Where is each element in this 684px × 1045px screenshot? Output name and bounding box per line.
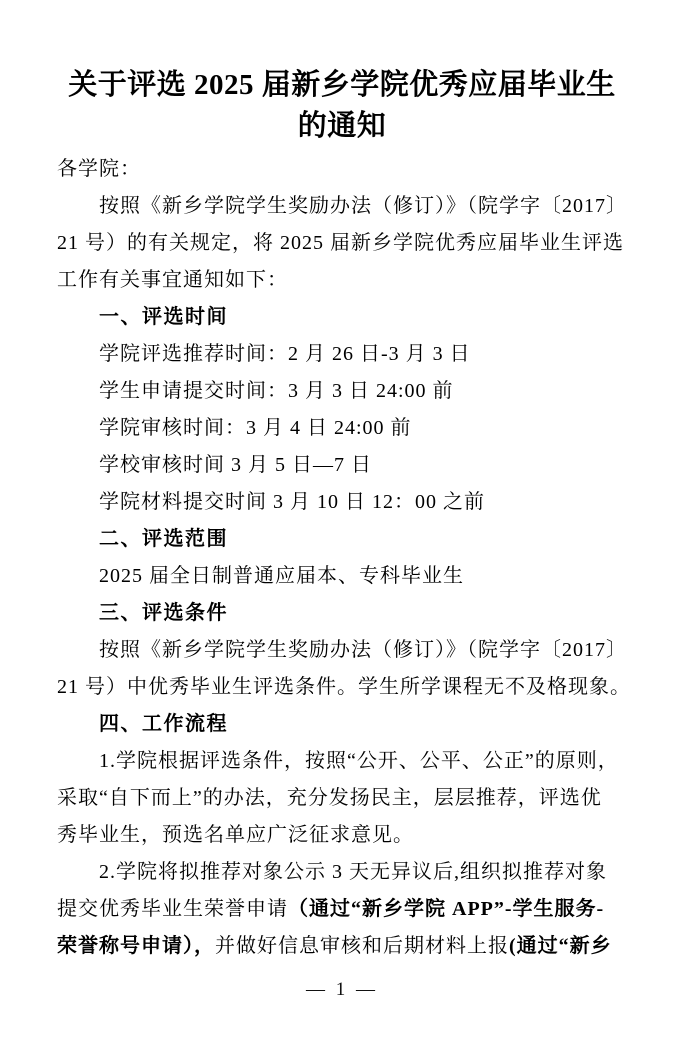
body-text: 2.学院将拟推荐对象公示 3 天无异议后,组织拟推荐对象 [99,861,607,883]
page-number: — 1 — [0,979,684,1001]
body-line: 学校审核时间 3 月 5 日—7 日 [57,447,630,484]
body-line: 学院审核时间：3 月 4 日 24:00 前 [57,410,630,447]
title-line-1: 关于评选 2025 届新乡学院优秀应届毕业生 [0,65,684,106]
body-line: 学院评选推荐时间：2 月 26 日-3 月 3 日 [57,336,630,373]
body-line: 按照《新乡学院学生奖励办法（修订）》（院学字〔2017〕 [57,188,630,225]
body-line: 工作有关事宜通知如下： [57,262,630,299]
body-text: 各学院： [57,158,141,180]
heading-text: 三、评选条件 [99,602,228,624]
body-text: 按照《新乡学院学生奖励办法（修订）》（院学字〔2017〕 [99,639,627,661]
body-text: 提交优秀毕业生荣誉申请 [57,898,288,920]
body-text: 21 号）的有关规定，将 2025 届新乡学院优秀应届毕业生评选 [57,232,624,254]
body-text: 并做好信息审核和后期材料上报 [215,935,509,957]
body-line: 1.学院根据评选条件，按照“公开、公平、公正”的原则， [57,743,630,780]
body-text: 学生申请提交时间：3 月 3 日 24:00 前 [99,380,454,402]
body-text: 学院材料提交时间 3 月 10 日 12：00 之前 [99,491,485,513]
body-line: 学生申请提交时间：3 月 3 日 24:00 前 [57,373,630,410]
salutation-line: 各学院： [57,151,630,188]
body-text: 秀毕业生，预选名单应广泛征求意见。 [57,824,414,846]
body-text-bold: (通过“新乡 [509,935,612,957]
body-text: 21 号）中优秀毕业生评选条件。学生所学课程无不及格现象。 [57,676,631,698]
heading-text: 四、工作流程 [99,713,228,735]
body-text: 学院评选推荐时间：2 月 26 日-3 月 3 日 [99,343,471,365]
body-line: 荣誉称号申请），并做好信息审核和后期材料上报(通过“新乡 [57,928,630,965]
section-heading-2: 二、评选范围 [57,521,630,558]
body-text: 按照《新乡学院学生奖励办法（修订）》（院学字〔2017〕 [99,195,627,217]
body-line: 提交优秀毕业生荣誉申请（通过“新乡学院 APP”-学生服务- [57,891,630,928]
document-body: 各学院： 按照《新乡学院学生奖励办法（修订）》（院学字〔2017〕 21 号）的… [0,147,684,965]
body-text-bold: 荣誉称号申请）， [57,935,215,957]
heading-text: 一、评选时间 [99,306,228,328]
body-text: 2025 届全日制普通应届本、专科毕业生 [99,565,464,587]
body-line: 21 号）的有关规定，将 2025 届新乡学院优秀应届毕业生评选 [57,225,630,262]
body-line: 秀毕业生，预选名单应广泛征求意见。 [57,817,630,854]
body-line: 采取“自下而上”的办法，充分发扬民主，层层推荐，评选优 [57,780,630,817]
body-text: 学院审核时间：3 月 4 日 24:00 前 [99,417,412,439]
body-line: 2025 届全日制普通应届本、专科毕业生 [57,558,630,595]
body-line: 2.学院将拟推荐对象公示 3 天无异议后,组织拟推荐对象 [57,854,630,891]
body-text: 学校审核时间 3 月 5 日—7 日 [99,454,372,476]
section-heading-3: 三、评选条件 [57,595,630,632]
heading-text: 二、评选范围 [99,528,228,550]
body-text: 采取“自下而上”的办法，充分发扬民主，层层推荐，评选优 [57,787,602,809]
body-text-bold: （通过“新乡学院 APP”-学生服务- [288,898,604,920]
section-heading-1: 一、评选时间 [57,299,630,336]
body-line: 学院材料提交时间 3 月 10 日 12：00 之前 [57,484,630,521]
document-page: 关于评选 2025 届新乡学院优秀应届毕业生 的通知 各学院： 按照《新乡学院学… [0,0,684,1045]
body-text: 工作有关事宜通知如下： [57,269,288,291]
title-line-2: 的通知 [0,106,684,147]
document-title: 关于评选 2025 届新乡学院优秀应届毕业生 的通知 [0,0,684,147]
body-line: 21 号）中优秀毕业生评选条件。学生所学课程无不及格现象。 [57,669,630,706]
body-text: 1.学院根据评选条件，按照“公开、公平、公正”的原则， [99,750,619,772]
section-heading-4: 四、工作流程 [57,706,630,743]
body-line: 按照《新乡学院学生奖励办法（修订）》（院学字〔2017〕 [57,632,630,669]
